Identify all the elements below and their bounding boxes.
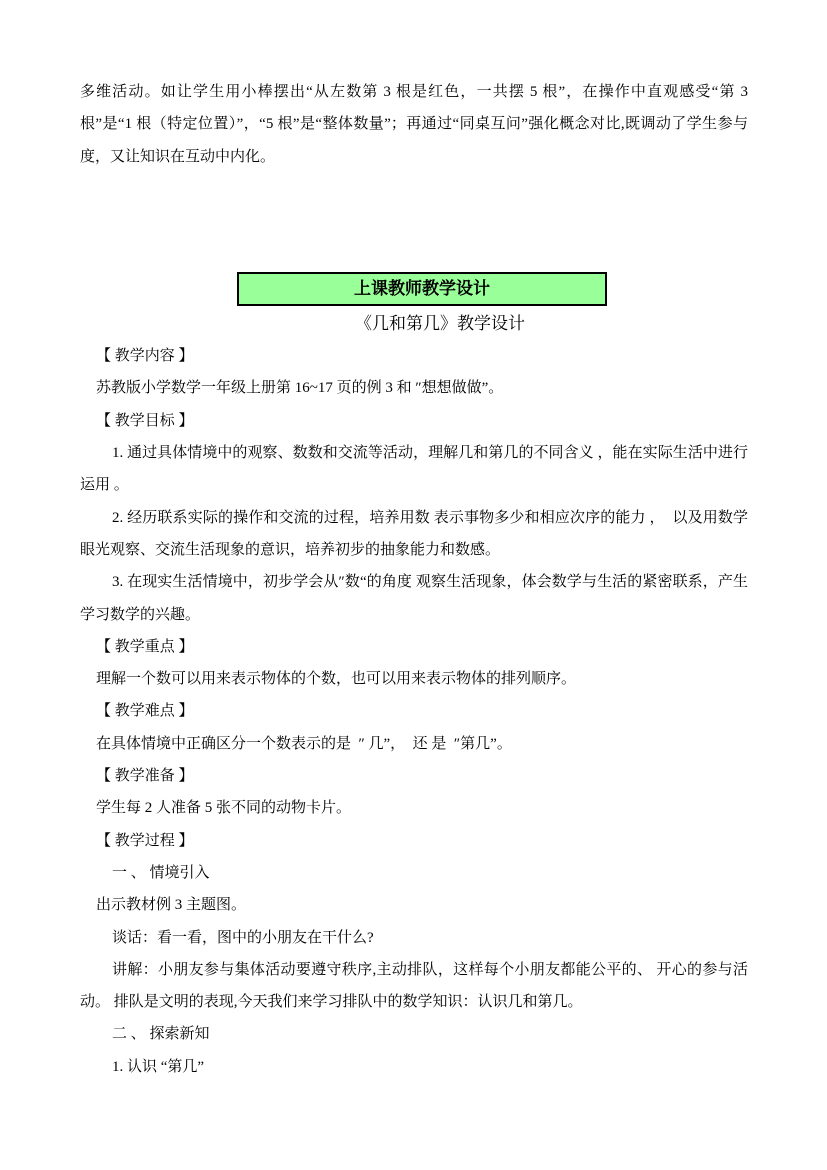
section-paragraph: 理解一个数可以用来表示物体的个数，也可以用来表示物体的排列顺序。 <box>80 663 748 695</box>
section-heading: 【 教学目标 】 <box>80 405 748 437</box>
section-paragraph: 学生每 2 人准备 5 张不同的动物卡片。 <box>80 792 748 824</box>
section-paragraph: 一 、 情境引入 <box>80 857 748 889</box>
section-paragraph: 二 、 探索新知 <box>80 1018 748 1050</box>
section-heading: 【 教学过程 】 <box>80 825 748 857</box>
section-heading: 【 教学内容 】 <box>80 340 748 372</box>
document-content: 多维活动。如让学生用小棒摆出“从左数第 3 根是红色，一共摆 5 根”，在操作中… <box>80 76 748 1083</box>
section-heading: 【 教学准备 】 <box>80 760 748 792</box>
section-heading: 【 教学难点 】 <box>80 695 748 727</box>
section-heading: 【 教学重点 】 <box>80 631 748 663</box>
document-page: 多维活动。如让学生用小棒摆出“从左数第 3 根是红色，一共摆 5 根”，在操作中… <box>0 0 827 1170</box>
section-paragraph: 谈话：看一看，图中的小朋友在干什么? <box>80 922 748 954</box>
section-paragraph: 讲解：小朋友参与集体活动要遵守秩序,主动排队，这样每个小朋友都能公平的、 开心的… <box>80 954 748 1019</box>
section-paragraph: 在具体情境中正确区分一个数表示的是 ″ 几”， 还 是 ″第几”。 <box>80 728 748 760</box>
section-paragraph: 3. 在现实生活情境中，初步学会从″数“的角度 观察生活现象，体会数学与生活的紧… <box>80 566 748 631</box>
section-paragraph: 出示教材例 3 主题图。 <box>80 889 748 921</box>
section-paragraph: 苏教版小学数学一年级上册第 16~17 页的例 3 和 ″想想做做”。 <box>80 372 748 404</box>
section-paragraph: 2. 经历联系实际的操作和交流的过程，培养用数 表示事物多少和相应次序的能力 ，… <box>80 502 748 567</box>
section-paragraph: 1. 认识 “第几” <box>80 1051 748 1083</box>
section-paragraph: 1. 通过具体情境中的观察、数数和交流等活动，理解几和第几的不同含义 ，能在实际… <box>80 437 748 502</box>
lesson-subtitle: 《几和第几》教学设计 <box>80 308 748 340</box>
lesson-title-banner: 上课教师教学设计 <box>237 272 607 306</box>
intro-paragraph: 多维活动。如让学生用小棒摆出“从左数第 3 根是红色，一共摆 5 根”，在操作中… <box>80 76 748 173</box>
sections: 【 教学内容 】苏教版小学数学一年级上册第 16~17 页的例 3 和 ″想想做… <box>80 340 748 1083</box>
